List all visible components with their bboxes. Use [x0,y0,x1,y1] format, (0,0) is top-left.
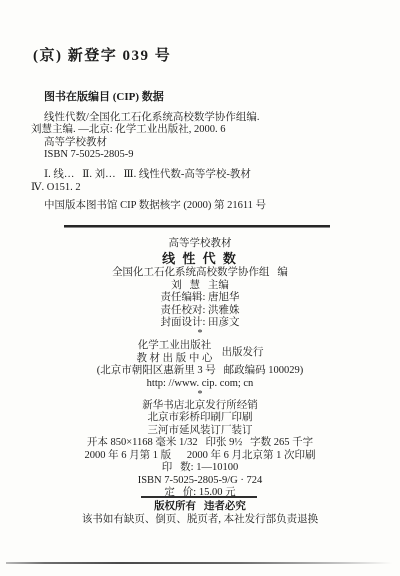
publisher-name: 化学工业出版社 [136,340,212,352]
editor-group: 全国化工石化系统高校数学协作组 编 [0,267,400,279]
cip-class-number: Ⅳ. O151. 2 [31,182,400,195]
copyright-notice: 版权所有 违者必究 [0,501,400,514]
proofreader: 责任校对: 洪雅姝 [0,305,400,317]
series-name: 高等学校教材 [0,238,400,250]
cip-section: 图书在版编目 (CIP) 数据 线性代数/全国化工石化系统高校数学协作组编. 刘… [0,91,400,213]
binder: 三河市延风装订厂装订 [0,425,400,437]
colophon-section: 高等学校教材 线 性 代 数 全国化工石化系统高校数学协作组 编 刘 慧 主编 … [0,238,400,499]
returns-notice: 该书如有缺页、倒页、脱页者, 本社发行部负责退换 [0,514,400,527]
cip-record-number: 中国版本图书馆 CIP 数据核字 (2000) 第 21611 号 [44,200,400,213]
cip-divider-line [64,225,330,228]
distributor: 新华书店北京发行所经销 [0,400,400,412]
publish-label: 出版发行 [222,347,264,359]
managing-editor: 责任编辑: 唐旭华 [0,292,400,304]
cip-heading: 图书在版编目 (CIP) 数据 [44,91,400,104]
publisher-center: 教 材 出 版 中 心 [136,353,212,365]
cip-series-line: 高等学校教材 [44,137,400,150]
format-line: 开本 850×1168 毫米 1/32 印张 9½ 字数 265 千字 [0,437,400,449]
publisher-address: (北京市朝阳区惠新里 3 号 邮政编码 100029) [0,365,400,377]
section-star-2: * [0,390,400,400]
cip-classification-line: Ⅰ. 线… Ⅱ. 刘… Ⅲ. 线性代数-高等学校-教材 [44,169,400,182]
register-number: (京) 新登字 039 号 [33,44,171,65]
bottom-scan-line [6,562,392,564]
isbn-line: ISBN 7-5025-2805-9/G · 724 [0,475,400,487]
publisher-block: 化学工业出版社 教 材 出 版 中 心 出版发行 [136,340,263,365]
chief-editor: 刘 慧 主编 [0,280,400,292]
notice-section: 版权所有 违者必究 该书如有缺页、倒页、脱页者, 本社发行部负责退换 [0,501,400,526]
price-divider-line [141,496,257,498]
section-star: * [0,329,400,339]
cip-title-line: 线性代数/全国化工石化系统高校数学协作组编. [44,112,400,125]
book-copyright-page: (京) 新登字 039 号 图书在版编目 (CIP) 数据 线性代数/全国化工石… [0,0,400,576]
cip-isbn-line: ISBN 7-5025-2805-9 [44,149,400,162]
edition-line: 2000 年 6 月第 1 版 2000 年 6 月北京第 1 次印刷 [0,450,400,462]
cip-publisher-line: 刘慧主编. —北京: 化学工业出版社, 2000. 6 [31,124,400,137]
printer: 北京市彩桥印刷厂印刷 [0,412,400,424]
impression-line: 印 数: 1—10100 [0,462,400,474]
book-title: 线 性 代 数 [0,251,400,266]
